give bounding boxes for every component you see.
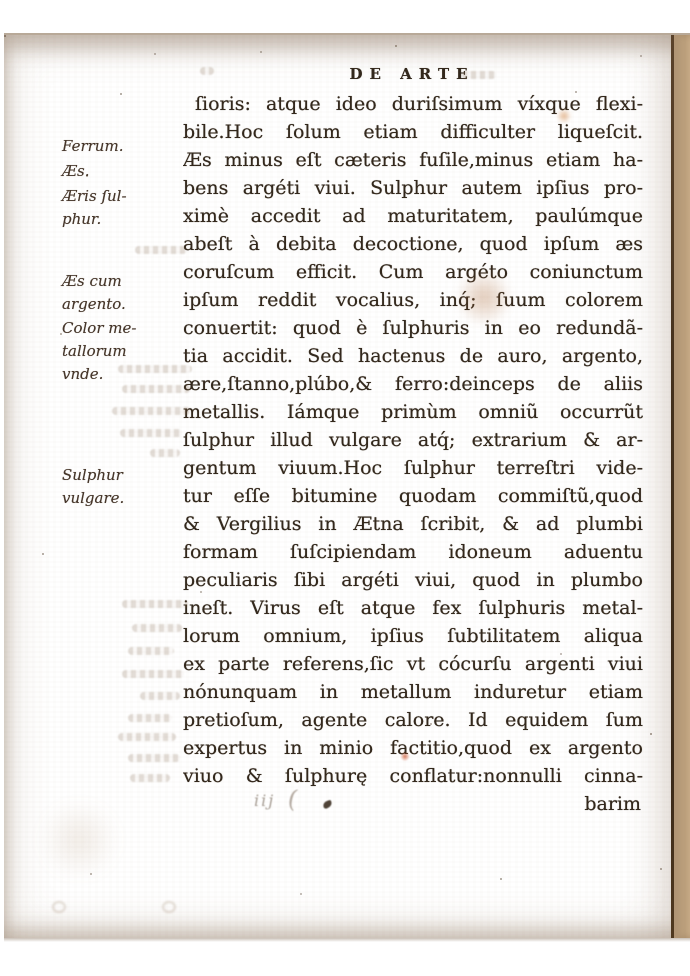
- body-line: formam ſuſcipiendam idoneum aduentu: [183, 538, 643, 566]
- bleed-through-mark: [128, 647, 174, 655]
- bleed-through-mark: [128, 714, 172, 722]
- bleed-through-mark: [462, 71, 496, 79]
- bleed-through-mark: [120, 429, 182, 437]
- margin-note: phur.: [62, 209, 184, 229]
- body-line: ineſt. Virus eſt atque fex ſulphuris met…: [183, 594, 643, 622]
- margin-note: Ferrum.: [62, 136, 184, 156]
- margin-note: Sulphur: [62, 465, 184, 485]
- body-line: Æs minus eſt cæteris fuſile,minus etiam …: [183, 146, 643, 174]
- body-line: bile.Hoc ſolum etiam difficulter liqueſc…: [183, 118, 643, 146]
- bleed-through-mark: [200, 67, 214, 75]
- body-line: & Vergilius in Ætna ſcribit, & ad plumbi: [183, 510, 643, 538]
- gutter-edge-band: [674, 35, 690, 938]
- body-line: gentum viuum.Hoc ſulphur terreſtri vide-: [183, 454, 643, 482]
- margin-note: vulgare.: [62, 488, 184, 508]
- bleed-through-mark: [130, 774, 170, 782]
- margin-note: Æs.: [62, 161, 184, 181]
- body-line: metallis. Iámque primùm omniũ occurrũt: [183, 398, 643, 426]
- margin-note: tallorum: [62, 341, 184, 361]
- page-bottom-shadow: [4, 938, 690, 942]
- bleed-through-mark: [118, 733, 176, 741]
- body-text-block: ſioris: atque ideo duriſsimum víxque fle…: [183, 90, 643, 818]
- margin-note: argento.: [62, 294, 184, 314]
- body-line: ex parte referens,ſic vt cócurſu argenti…: [183, 650, 643, 678]
- body-line: tur eſſe bitumine quodam commiſtũ,quod: [183, 482, 643, 510]
- bleed-through-mark: [132, 624, 182, 632]
- body-line: nónunquam in metallum induretur etiam: [183, 678, 643, 706]
- body-line: coruſcum efficit. Cum argéto coniunctum: [183, 258, 643, 286]
- body-line: expertus in minio factitio,quod ex argen…: [183, 734, 643, 762]
- running-head: DE ARTE: [183, 65, 641, 83]
- bleed-through-mark: [118, 365, 192, 373]
- bleed-through-mark: [122, 670, 184, 678]
- body-line: ære,ſtanno,plúbo,& ferro:deinceps de ali…: [183, 370, 643, 398]
- body-line: peculiaris ſibi argéti viui, quod in plu…: [183, 566, 643, 594]
- body-line: conuertit: quod è ſulphuris in eo redund…: [183, 314, 643, 342]
- body-line: viuo & ſulphurę conflatur:nonnulli cinna…: [183, 762, 643, 790]
- body-line: ipſum reddit vocalius, inq́; ſuum colore…: [183, 286, 643, 314]
- body-line: ſioris: atque ideo duriſsimum víxque fle…: [183, 90, 643, 118]
- faint-ring-mark: [52, 901, 66, 913]
- bleed-through-mark: [135, 246, 187, 254]
- body-line: pretioſum, agente calore. Id equidem ſum: [183, 706, 643, 734]
- bleed-through-mark: [128, 754, 180, 762]
- faint-ring-mark: [162, 901, 176, 913]
- body-line: ximè accedit ad maturitatem, paulúmque: [183, 202, 643, 230]
- body-line: tia accidit. Sed hactenus de auro, argen…: [183, 342, 643, 370]
- body-line: lorum omnium, ipſius ſubtilitatem aliqua: [183, 622, 643, 650]
- margin-note: Color me-: [62, 318, 184, 338]
- book-scan: DE ARTE ſioris: atque ideo duriſsimum ví…: [0, 0, 690, 976]
- body-line: bens argéti viui. Sulphur autem ipſius p…: [183, 174, 643, 202]
- margin-note: Æs cum: [62, 271, 184, 291]
- paper-specks: [4, 35, 6, 37]
- bleed-through-mark: [140, 692, 180, 700]
- bleed-through-mark: [122, 385, 190, 393]
- bleed-through-mark: [112, 407, 190, 415]
- body-line: abeſt à debita decoctione, quod ipſum æs: [183, 230, 643, 258]
- catchword: barim: [183, 790, 643, 818]
- book-page: DE ARTE ſioris: atque ideo duriſsimum ví…: [4, 33, 690, 938]
- signature-mark: iij: [254, 791, 275, 810]
- margin-note: Æris ſul-: [62, 186, 184, 206]
- foxing-stain: [34, 805, 124, 875]
- body-line: ſulphur illud vulgare atq́; extrarium & …: [183, 426, 643, 454]
- bleed-through-mark: [150, 449, 180, 457]
- bleed-through-mark: [122, 600, 188, 608]
